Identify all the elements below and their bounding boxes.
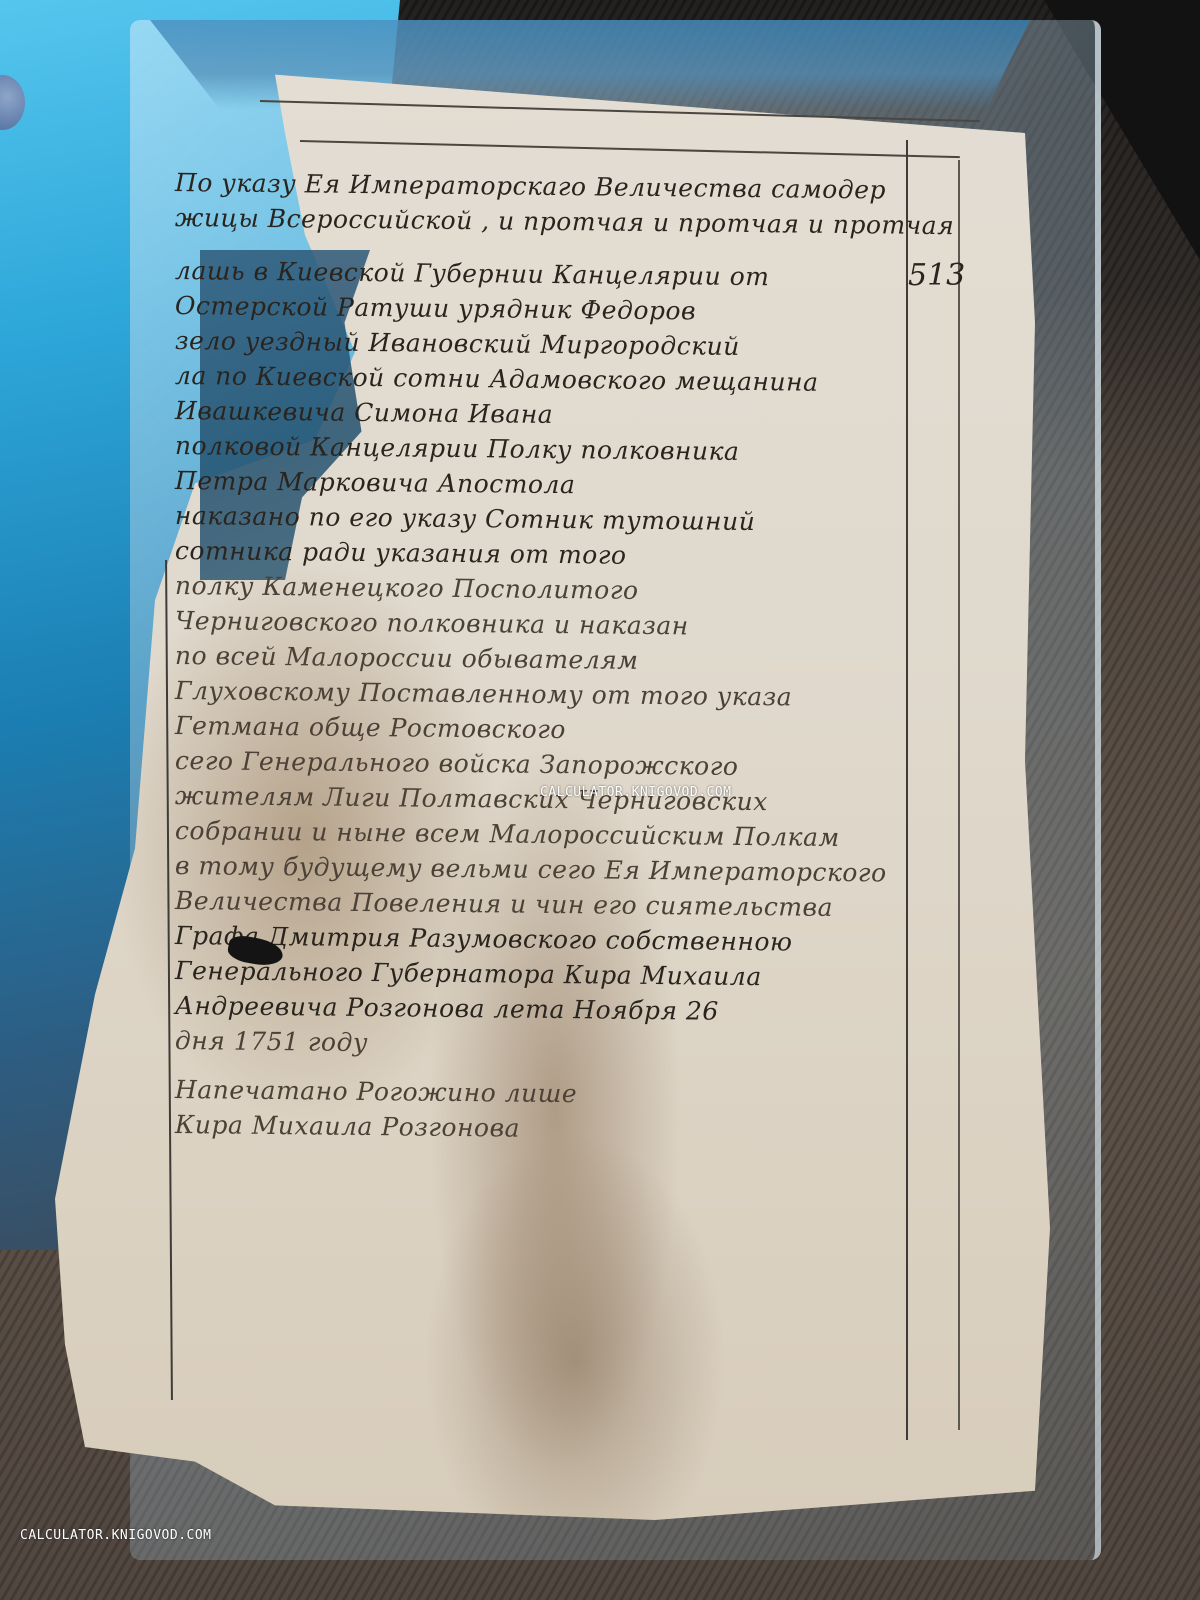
ruled-margin-right-outer: [958, 160, 960, 1430]
text-line: жицы Всероссийской , и протчая и протчая…: [175, 200, 915, 243]
watermark-corner: CALCULATOR.KNIGOVOD.COM: [20, 1528, 212, 1543]
watermark-center: CALCULATOR.KNIGOVOD.COM: [540, 785, 732, 800]
folder-button: [0, 75, 25, 130]
manuscript-text: По указу Ея Императорскаго Величества са…: [175, 165, 915, 1142]
date-line: дня 1751 году: [175, 1023, 915, 1066]
page-number: 513: [908, 258, 965, 293]
